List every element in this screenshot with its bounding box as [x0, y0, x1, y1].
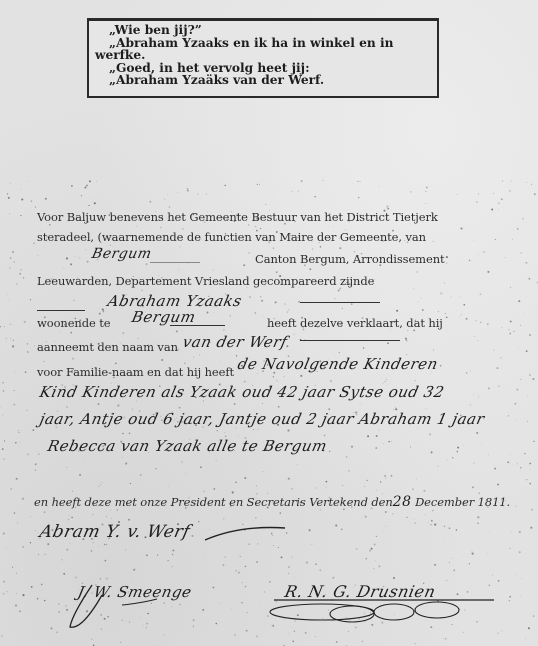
fill-line: [170, 325, 225, 326]
handwritten-line-11: Rebecca van Yzaak alle te Bergum: [46, 437, 329, 455]
handwritten-municipality: Bergum: [90, 246, 153, 262]
signature-right-flourish: [262, 592, 502, 632]
form-line-7: aanneemt den naam van: [37, 340, 178, 354]
closing-text-b: December 1811.: [415, 495, 510, 509]
fill-line: [300, 302, 380, 303]
form-line-2: steradeel, (waarnemende de functien van …: [37, 230, 426, 244]
form-line-8: voor Familie-naam en dat hij heeft: [37, 365, 234, 379]
form-line-3: Canton Bergum, Arrondissement: [255, 252, 445, 266]
signature-left-flourish: [62, 575, 162, 635]
handwritten-new-name: van der Werf: [181, 333, 289, 351]
clipping-line: werfke.: [95, 49, 431, 62]
handwritten-day: 28: [393, 494, 412, 510]
handwritten-line-8: de Navolgende Kinderen: [236, 355, 440, 373]
signature-declarant: Abram Y. v. Werf: [38, 522, 192, 542]
clipping-line: „Abraham Yzaäks van der Werf.: [95, 74, 431, 87]
newspaper-clipping: „Wie ben jij?” „Abraham Yzaaks en ik ha …: [87, 18, 439, 98]
clipping-line: „Abraham Yzaaks en ik ha in winkel en in: [95, 37, 431, 50]
form-line-6b: heeft dezelve verklaart, dat hij: [267, 316, 443, 330]
closing-text: en heeft deze met onze President en Secr…: [34, 494, 510, 510]
form-line-6a: woonende te: [37, 316, 110, 330]
handwritten-line-9: Kind Kinderen als Yzaak oud 42 jaar Syts…: [38, 383, 446, 401]
form-line-4: Leeuwarden, Departement Vriesland gecomp…: [37, 274, 374, 288]
fill-line: [150, 262, 200, 263]
handwritten-line-10: jaar, Antje oud 6 jaar, Jantje oud 2 jaa…: [38, 410, 486, 428]
form-line-1: Voor Baljuw benevens het Gemeente Bestuu…: [37, 210, 438, 224]
signature-flourish: [200, 520, 290, 550]
fill-line: [37, 310, 85, 311]
handwritten-residence: Bergum: [130, 308, 197, 326]
fill-line: [300, 340, 400, 341]
clipping-line: „Wie ben jij?”: [95, 24, 431, 37]
closing-text-a: en heeft deze met onze President en Secr…: [34, 495, 393, 509]
